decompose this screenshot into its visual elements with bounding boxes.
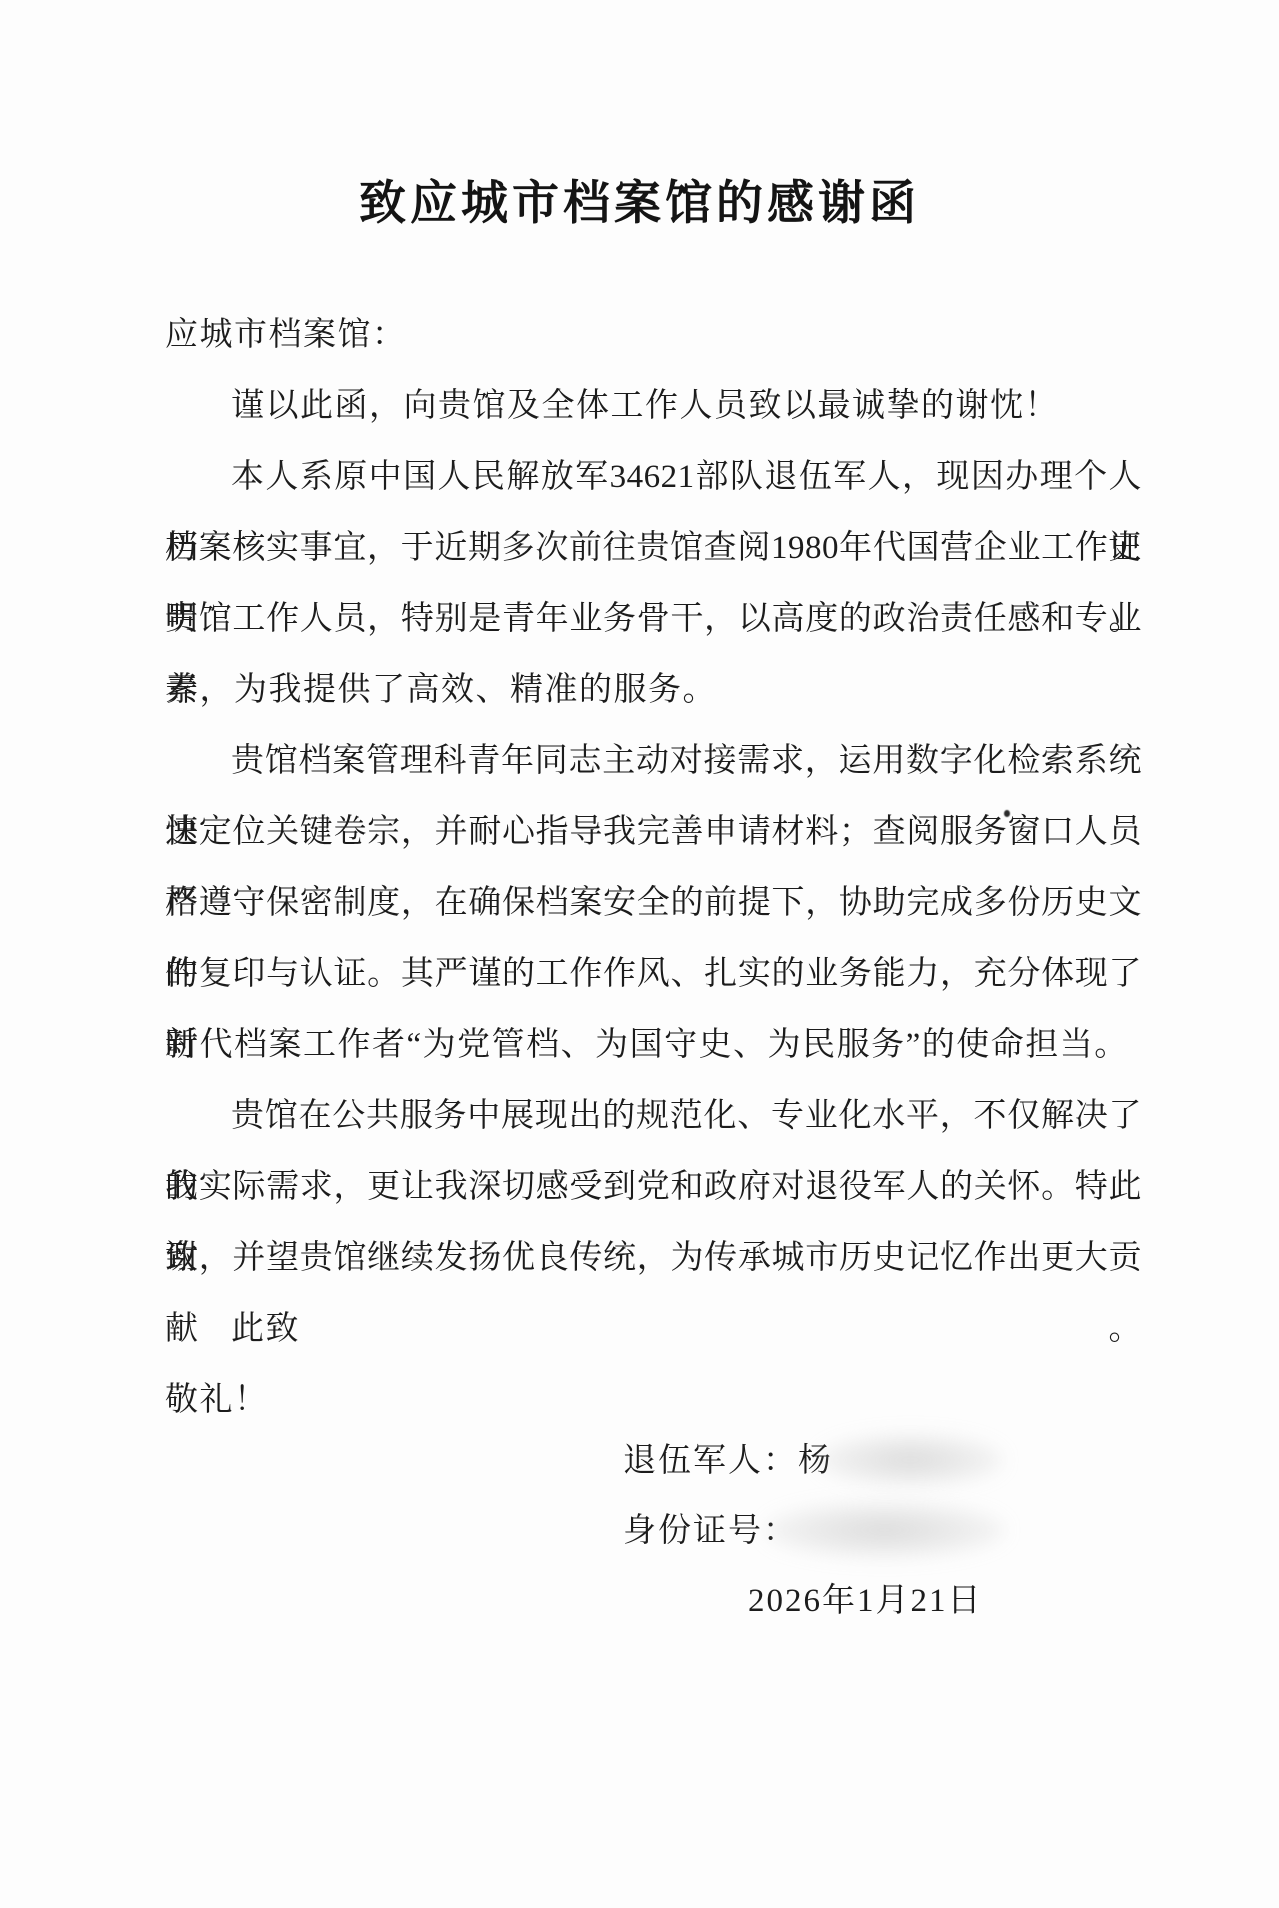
- body-line: 贵馆在公共服务中展现出的规范化、专业化水平，不仅解决了我: [165, 1081, 1142, 1152]
- body-line: 养，为我提供了高效、精准的服务。: [165, 655, 1142, 726]
- body-line: 谢，并望贵馆继续发扬优良传统，为传承城市历史记忆作出更大贡献。: [165, 1223, 1142, 1294]
- letter-title: 致应城市档案馆的感谢函: [0, 166, 1279, 233]
- body-line: 档案核实事宜，于近期多次前往贵馆查阅1980年代国营企业工作证明。: [165, 513, 1142, 584]
- body-line: 贵馆工作人员，特别是青年业务骨干，以高度的政治责任感和专业素: [165, 584, 1142, 655]
- date-line: 2026年1月21日: [623, 1566, 983, 1636]
- body-line: 速定位关键卷宗，并耐心指导我完善申请材料；查阅服务窗口人员严: [165, 797, 1142, 868]
- body-line: 的复印与认证。其严谨的工作作风、扎实的业务能力，充分体现了新: [165, 939, 1142, 1010]
- ink-dot-artifact: [1004, 810, 1010, 817]
- letter-body: 应城市档案馆： 谨以此函，向贵馆及全体工作人员致以最诚挚的谢忱！ 本人系原中国人…: [165, 300, 1142, 1436]
- body-line: 本人系原中国人民解放军34621部队退伍军人，现因办理个人历史: [165, 442, 1142, 513]
- body-line: 的实际需求，更让我深切感受到党和政府对退役军人的关怀。特此致: [165, 1152, 1142, 1223]
- body-line: 时代档案工作者“为党管档、为国守史、为民服务”的使命担当。: [165, 1010, 1142, 1081]
- salutation: 应城市档案馆：: [165, 300, 1142, 371]
- redacted-name-smudge: [818, 1434, 1003, 1486]
- body-line: 贵馆档案管理科青年同志主动对接需求，运用数字化检索系统快: [165, 726, 1142, 797]
- body-line: 格遵守保密制度，在确保档案安全的前提下，协助完成多份历史文件: [165, 868, 1142, 939]
- scanned-letter-page: 致应城市档案馆的感谢函 应城市档案馆： 谨以此函，向贵馆及全体工作人员致以最诚挚…: [0, 0, 1279, 1908]
- body-line: 谨以此函，向贵馆及全体工作人员致以最诚挚的谢忱！: [165, 371, 1142, 442]
- redacted-id-smudge: [765, 1502, 1005, 1558]
